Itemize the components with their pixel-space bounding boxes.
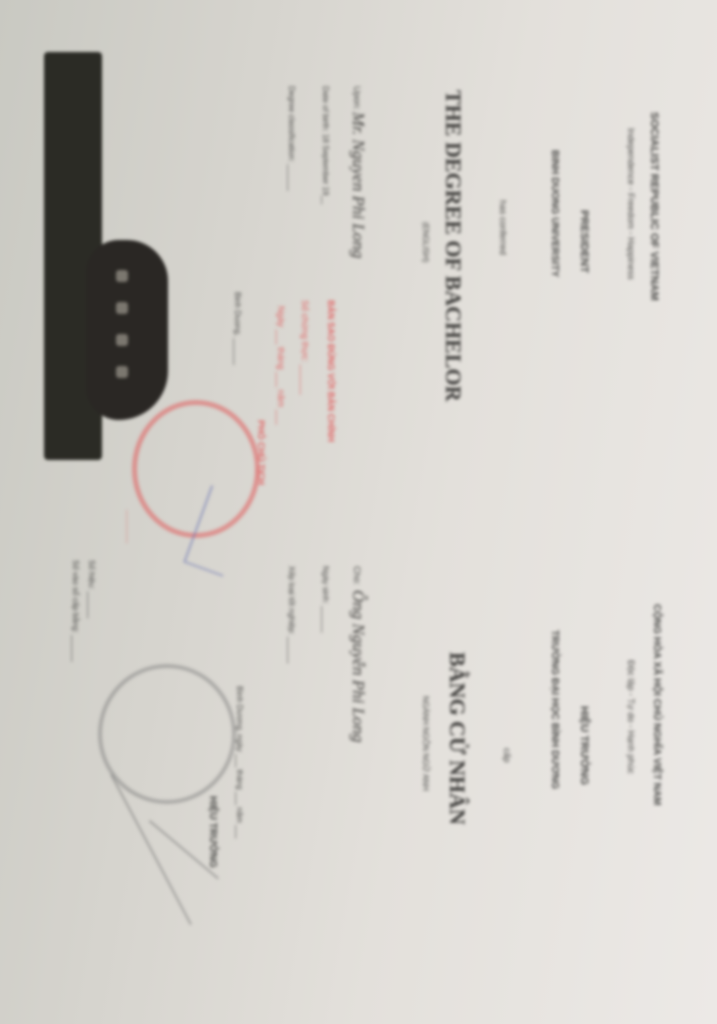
en-issuer-title: PRESIDENT: [578, 210, 590, 273]
en-motto: Independence - Freedom - Happiness: [626, 128, 636, 280]
clip-dot-icon: [116, 302, 128, 314]
cert-line-1: BẢN SAO ĐÚNG VỚI BẢN CHÍNH: [326, 300, 336, 442]
cert-signature-name: ______: [125, 510, 136, 543]
cert-line-3: Ngày ___ tháng ___ năm ___: [276, 306, 286, 425]
clip-dot-icon: [116, 270, 128, 282]
vi-university: TRƯỜNG ĐẠI HỌC BÌNH DƯƠNG: [549, 630, 560, 789]
en-country: SOCIALIST REPUBLIC OF VIETNAM: [648, 112, 660, 301]
vi-motto: Độc lập - Tự do - Hạnh phúc: [626, 660, 636, 774]
en-dob: Date of birth: 18 September 19__: [321, 86, 330, 204]
vi-signer-title: HIỆU TRƯỞNG: [207, 796, 218, 868]
vi-major: NGÀNH NGÔN NGỮ ANH: [421, 696, 430, 791]
clip-dot-icon: [116, 366, 128, 378]
en-place-date: Binh Duong, ______: [233, 292, 242, 365]
vi-place-date: Bình Dương, ngày ___ tháng ___ năm ___: [235, 686, 244, 839]
en-classification: Degree classification: ______: [287, 86, 296, 191]
vi-classification: Xếp loại tốt nghiệp: ______: [287, 566, 296, 663]
en-upon-label: Upon:: [352, 86, 362, 110]
vi-recipient-label: Cho:: [352, 566, 362, 585]
en-degree-title: THE DEGREE OF BACHELOR: [440, 90, 466, 402]
gray-official-seal: [98, 664, 236, 804]
cert-line-2: Số chứng thực: ______: [300, 300, 310, 395]
vi-issuer-title: HIỆU TRƯỞNG: [578, 706, 590, 785]
dark-clip-shape: [86, 240, 168, 420]
vi-country: CỘNG HÒA XÃ HỘI CHỦ NGHĨA VIỆT NAM: [651, 604, 662, 805]
en-major: (ENGLISH): [421, 222, 430, 262]
en-recipient: Mr. Nguyen Phi Long: [348, 112, 368, 258]
vi-dob: Ngày sinh: ______: [321, 566, 330, 633]
vi-register: Số vào sổ cấp bằng: ______: [71, 560, 80, 662]
en-university: BINH DUONG UNIVERSITY: [549, 150, 560, 277]
diploma-paper: SOCIALIST REPUBLIC OF VIETNAM Independen…: [0, 0, 717, 1024]
vi-serial: Số hiệu: ______: [87, 560, 96, 618]
vi-recipient: Ông Nguyễn Phi Long: [348, 590, 368, 743]
vi-degree-title: BẰNG CỬ NHÂN: [444, 652, 470, 825]
clip-dot-icon: [116, 334, 128, 346]
en-conferred: has conferred: [498, 200, 508, 255]
vi-conferred: cấp: [502, 748, 512, 763]
